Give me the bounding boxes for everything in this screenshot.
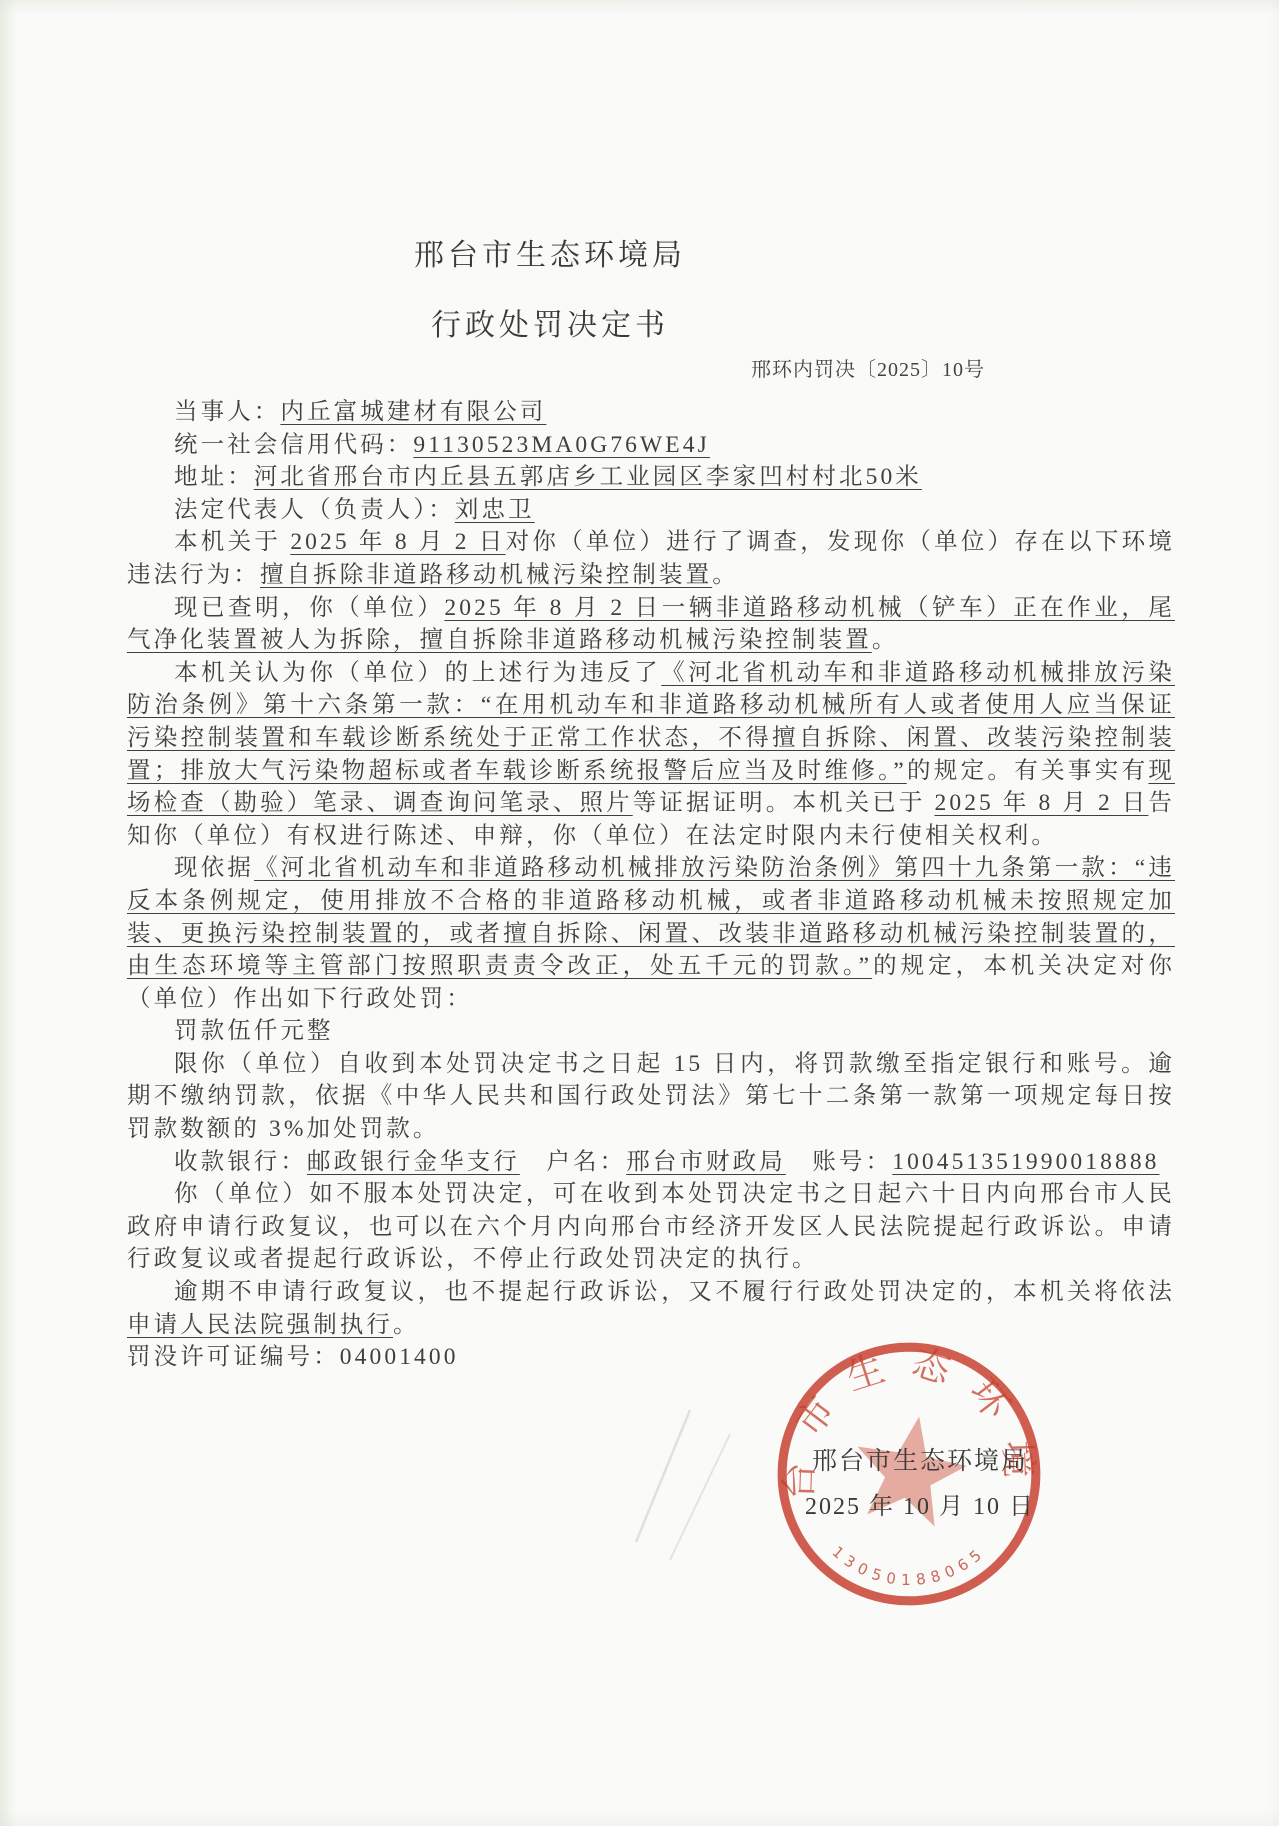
paragraph: 统一社会信用代码：91130523MA0G76WE4J bbox=[127, 429, 1175, 462]
body-text: 的规定。有关事实有 bbox=[907, 758, 1149, 784]
body-text: 地址： bbox=[174, 464, 254, 490]
paragraph: 收款银行：邮政银行金华支行 户名：邢台市财政局 账号：1004513519900… bbox=[127, 1146, 1175, 1179]
body-text: 统一社会信用代码： bbox=[174, 432, 413, 458]
underlined-text: 邮政银行金华支行 bbox=[307, 1149, 520, 1175]
paragraph: 当事人：内丘富城建材有限公司 bbox=[127, 396, 1175, 429]
body-text: 。 bbox=[393, 1312, 420, 1338]
body-text: 你（单位）如不服本处罚决定，可在收到本处罚决定书之日起六十日内向邢台市人民政府申… bbox=[127, 1181, 1175, 1272]
paragraph: 地址：河北省邢台市内丘县五郭店乡工业园区李家凹村村北50米 bbox=[127, 461, 1175, 494]
body-text: 当事人： bbox=[174, 399, 280, 425]
paragraph: 罚款伍仟元整 bbox=[127, 1015, 1175, 1048]
scanned-document-page: 邢台市生态环境局 行政处罚决定书 邢环内罚决〔2025〕10号 当事人：内丘富城… bbox=[0, 0, 1279, 1826]
underlined-text: 申请人民法院强制执行 bbox=[127, 1312, 393, 1338]
signature-agency: 邢台市生态环境局 bbox=[780, 1441, 1060, 1477]
document-number: 邢环内罚决〔2025〕10号 bbox=[751, 353, 985, 382]
paragraph: 现已查明，你（单位）2025 年 8 月 2 日一辆非道路移动机械（铲车）正在作… bbox=[127, 592, 1175, 657]
body-text: 罚没许可证编号：04001400 bbox=[127, 1344, 459, 1370]
paragraph: 本机关于 2025 年 8 月 2 日对你（单位）进行了调查，发现你（单位）存在… bbox=[127, 526, 1175, 591]
body-text: 本机关认为你（单位）的上述行为违反了 bbox=[174, 660, 661, 686]
body-text: 法定代表人（负责人）： bbox=[174, 497, 455, 523]
underlined-text: 河北省邢台市内丘县五郭店乡工业园区李家凹村村北50米 bbox=[254, 464, 922, 490]
body-text: 。 bbox=[712, 562, 739, 588]
body-text: 现已查明，你（单位） bbox=[174, 595, 444, 621]
body-text: 逾期不申请行政复议，也不提起行政诉讼，又不履行行政处罚决定的，本机关将依法 bbox=[174, 1279, 1175, 1305]
document-body: 当事人：内丘富城建材有限公司统一社会信用代码：91130523MA0G76WE4… bbox=[127, 396, 1175, 1374]
body-text: 罚款伍仟元整 bbox=[174, 1018, 334, 1044]
page-subtitle: 行政处罚决定书 bbox=[0, 300, 1100, 344]
body-text: 户名： bbox=[520, 1149, 626, 1175]
signature-block: 邢台市生态环境局 2025 年 10 月 10 日 bbox=[780, 1441, 1060, 1521]
page-title: 邢台市生态环境局 bbox=[0, 230, 1100, 274]
paragraph: 你（单位）如不服本处罚决定，可在收到本处罚决定书之日起六十日内向邢台市人民政府申… bbox=[127, 1178, 1175, 1276]
body-text: 等证据证明。本机关已于 bbox=[633, 790, 935, 816]
seal-code-container: 13050188065 bbox=[828, 1543, 989, 1589]
body-text: 限你（单位）自收到本处罚决定书之日起 15 日内，将罚款缴至指定银行和账号。逾期… bbox=[127, 1051, 1175, 1142]
underlined-text: 100451351990018888 bbox=[892, 1149, 1159, 1175]
signature-date: 2025 年 10 月 10 日 bbox=[780, 1486, 1060, 1521]
body-text: 收款银行： bbox=[174, 1149, 307, 1175]
underlined-text: 91130523MA0G76WE4J bbox=[413, 432, 709, 458]
underlined-text: 2025 年 8 月 2 日 bbox=[290, 529, 505, 555]
underlined-text: 邢台市财政局 bbox=[626, 1149, 786, 1175]
paragraph: 本机关认为你（单位）的上述行为违反了《河北省机动车和非道路移动机械排放污染防治条… bbox=[127, 657, 1175, 853]
underlined-text: 2025 年 8 月 2 日 bbox=[935, 790, 1149, 816]
paragraph: 限你（单位）自收到本处罚决定书之日起 15 日内，将罚款缴至指定银行和账号。逾期… bbox=[127, 1048, 1175, 1146]
body-text: 本机关于 bbox=[174, 529, 290, 555]
underlined-text: 擅自拆除非道路移动机械污染控制装置 bbox=[260, 562, 712, 588]
underlined-text: 内丘富城建材有限公司 bbox=[280, 399, 546, 425]
underlined-text: 刘忠卫 bbox=[455, 497, 535, 523]
body-text: 现依据 bbox=[174, 855, 254, 881]
body-text: 。 bbox=[872, 627, 899, 653]
seal-code: 13050188065 bbox=[828, 1543, 989, 1589]
paragraph: 现依据《河北省机动车和非道路移动机械排放污染防治条例》第四十九条第一款：“违反本… bbox=[127, 852, 1175, 1015]
paragraph: 法定代表人（负责人）：刘忠卫 bbox=[127, 494, 1175, 527]
body-text: 账号： bbox=[786, 1149, 892, 1175]
